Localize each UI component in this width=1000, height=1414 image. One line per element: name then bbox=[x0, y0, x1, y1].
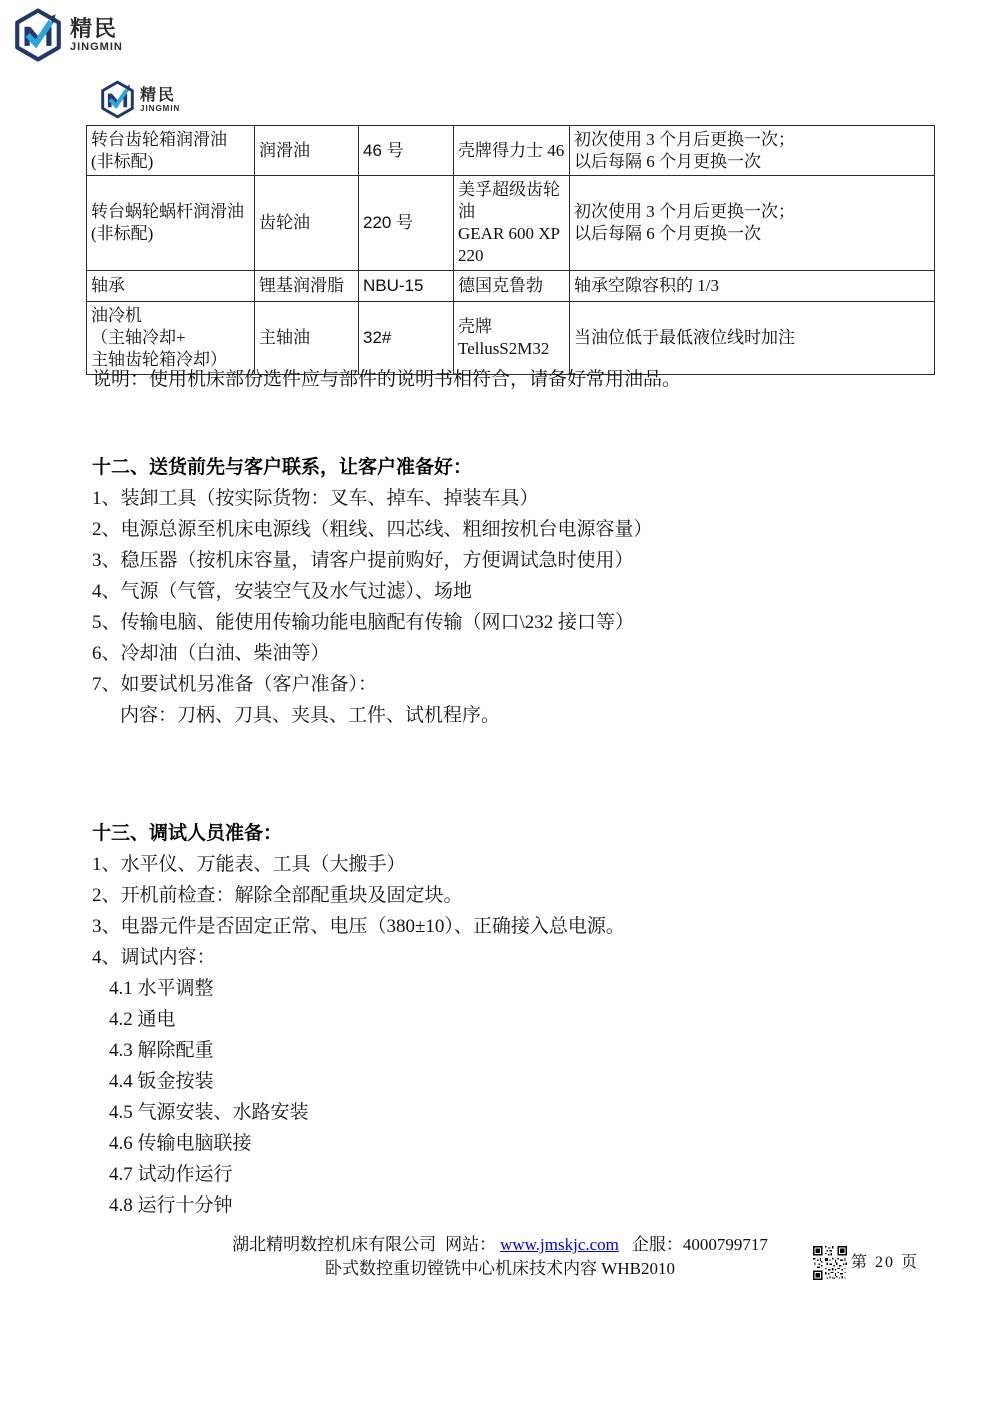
cell-brand: 壳牌得力士 46 bbox=[454, 126, 570, 176]
list-sub-item: 4.2 通电 bbox=[92, 1004, 625, 1035]
document-page: 精民 JINGMIN 精民 JINGMIN 转台齿轮箱润滑油 (非标配) 润滑油… bbox=[0, 0, 1000, 1414]
jingmin-logo-header: 精民 JINGMIN bbox=[12, 8, 123, 62]
section-12: 十二、送货前先与客户联系，让客户准备好： 1、装卸工具（按实际货物：叉车、掉车、… bbox=[92, 452, 653, 731]
list-item: 3、电器元件是否固定正常、电压（380±10）、正确接入总电源。 bbox=[92, 911, 625, 942]
list-item: 3、稳压器（按机床容量，请客户提前购好，方便调试急时使用） bbox=[92, 545, 653, 576]
jingmin-logo-text: 精民 JINGMIN bbox=[140, 87, 180, 113]
jingmin-hexagon-icon bbox=[99, 80, 136, 119]
cell-note: 初次使用 3 个月后更换一次； 以后每隔 6 个月更换一次 bbox=[570, 126, 935, 176]
list-item: 2、电源总源至机床电源线（粗线、四芯线、粗细按机台电源容量） bbox=[92, 514, 653, 545]
qr-code-icon bbox=[813, 1245, 847, 1281]
lubrication-table: 转台齿轮箱润滑油 (非标配) 润滑油 46 号 壳牌得力士 46 初次使用 3 … bbox=[86, 125, 935, 375]
footer-doc-line: 卧式数控重切镗铣中心机床技术内容 WHB2010 bbox=[0, 1257, 1000, 1281]
list-item: 7、如要试机另准备（客户准备）： bbox=[92, 669, 653, 700]
list-item: 4、气源（气管，安装空气及水气过滤）、场地 bbox=[92, 576, 653, 607]
jingmin-logo-text: 精民 JINGMIN bbox=[70, 17, 123, 53]
cell-brand: 壳牌 TellusS2M32 bbox=[454, 302, 570, 375]
list-sub-item: 内容：刀柄、刀具、夹具、工件、试机程序。 bbox=[92, 700, 653, 731]
website-link[interactable]: www.jmskjc.com bbox=[500, 1235, 619, 1254]
jingmin-hexagon-icon bbox=[12, 8, 64, 62]
list-item: 6、冷却油（白油、柴油等） bbox=[92, 638, 653, 669]
brand-name-en: JINGMIN bbox=[140, 104, 180, 113]
brand-name-en: JINGMIN bbox=[70, 41, 123, 53]
cell-part: 油冷机 （主轴冷却+ 主轴齿轮箱冷却） bbox=[87, 302, 255, 375]
list-sub-item: 4.5 气源安装、水路安装 bbox=[92, 1097, 625, 1128]
service-phone: 4000799717 bbox=[683, 1235, 768, 1254]
brand-name-cn: 精民 bbox=[140, 87, 180, 104]
cell-grade: 220 号 bbox=[359, 176, 454, 271]
cell-brand: 德国克鲁勃 bbox=[454, 271, 570, 302]
cell-grade: NBU-15 bbox=[359, 271, 454, 302]
company-name: 湖北精明数控机床有限公司 bbox=[232, 1235, 436, 1254]
list-sub-item: 4.3 解除配重 bbox=[92, 1035, 625, 1066]
table-row: 转台蜗轮蜗杆润滑油 (非标配) 齿轮油 220 号 美孚超级齿轮 油 GEAR … bbox=[87, 176, 935, 271]
table-row: 转台齿轮箱润滑油 (非标配) 润滑油 46 号 壳牌得力士 46 初次使用 3 … bbox=[87, 126, 935, 176]
cell-grade: 32# bbox=[359, 302, 454, 375]
table-row: 油冷机 （主轴冷却+ 主轴齿轮箱冷却） 主轴油 32# 壳牌 TellusS2M… bbox=[87, 302, 935, 375]
website-label: 网站： bbox=[445, 1235, 496, 1254]
list-item: 2、开机前检查：解除全部配重块及固定块。 bbox=[92, 880, 625, 911]
cell-note: 初次使用 3 个月后更换一次； 以后每隔 6 个月更换一次 bbox=[570, 176, 935, 271]
page-footer: 湖北精明数控机床有限公司网站：www.jmskjc.com企服：40007997… bbox=[0, 1233, 1000, 1281]
cell-part: 转台齿轮箱润滑油 (非标配) bbox=[87, 126, 255, 176]
page-number: 第 20 页 bbox=[851, 1249, 919, 1272]
cell-part: 轴承 bbox=[87, 271, 255, 302]
cell-type: 齿轮油 bbox=[255, 176, 359, 271]
list-sub-item: 4.1 水平调整 bbox=[92, 973, 625, 1004]
list-sub-item: 4.6 传输电脑联接 bbox=[92, 1128, 625, 1159]
section-13-heading: 十三、调试人员准备： bbox=[92, 818, 625, 849]
list-item: 4、调试内容： bbox=[92, 942, 625, 973]
table-row: 轴承 锂基润滑脂 NBU-15 德国克鲁勃 轴承空隙容积的 1/3 bbox=[87, 271, 935, 302]
table-remark: 说明：使用机床部份选件应与部件的说明书相符合，请备好常用油品。 bbox=[92, 368, 681, 392]
cell-note: 轴承空隙容积的 1/3 bbox=[570, 271, 935, 302]
cell-type: 润滑油 bbox=[255, 126, 359, 176]
list-sub-item: 4.4 钣金按装 bbox=[92, 1066, 625, 1097]
cell-grade: 46 号 bbox=[359, 126, 454, 176]
list-item: 1、水平仪、万能表、工具（大搬手） bbox=[92, 849, 625, 880]
list-item: 5、传输电脑、能使用传输功能电脑配有传输（网口\232 接口等） bbox=[92, 607, 653, 638]
list-item: 1、装卸工具（按实际货物：叉车、掉车、掉装车具） bbox=[92, 483, 653, 514]
footer-line-1: 湖北精明数控机床有限公司网站：www.jmskjc.com企服：40007997… bbox=[0, 1233, 1000, 1257]
cell-brand: 美孚超级齿轮 油 GEAR 600 XP 220 bbox=[454, 176, 570, 271]
cell-part: 转台蜗轮蜗杆润滑油 (非标配) bbox=[87, 176, 255, 271]
section-12-heading: 十二、送货前先与客户联系，让客户准备好： bbox=[92, 452, 653, 483]
brand-name-cn: 精民 bbox=[70, 17, 123, 41]
jingmin-logo-content: 精民 JINGMIN bbox=[99, 80, 180, 119]
cell-type: 主轴油 bbox=[255, 302, 359, 375]
list-sub-item: 4.8 运行十分钟 bbox=[92, 1190, 625, 1221]
service-label: 企服： bbox=[632, 1235, 683, 1254]
section-13: 十三、调试人员准备： 1、水平仪、万能表、工具（大搬手） 2、开机前检查：解除全… bbox=[92, 818, 625, 1221]
cell-type: 锂基润滑脂 bbox=[255, 271, 359, 302]
list-sub-item: 4.7 试动作运行 bbox=[92, 1159, 625, 1190]
cell-note: 当油位低于最低液位线时加注 bbox=[570, 302, 935, 375]
